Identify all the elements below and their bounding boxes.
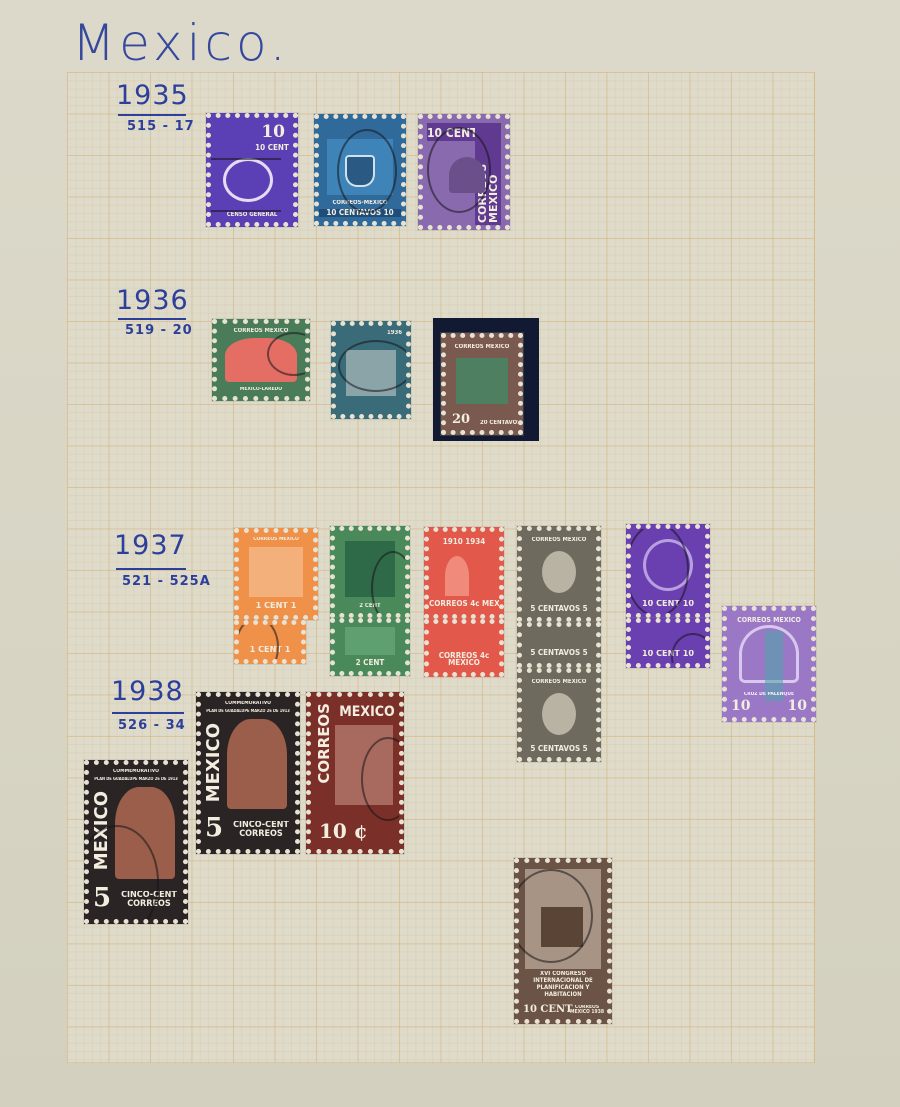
- year-underline: [118, 318, 186, 320]
- stamp-1937-2c-upper[interactable]: 2 CENT: [330, 526, 410, 618]
- stamp-1935-portrait[interactable]: 10 CENT CORREOS MEXICO: [418, 114, 510, 230]
- stamp-1937-4c-upper[interactable]: 1910 1934 CORREOS 4c MEXICO: [424, 527, 504, 619]
- stamp-1937-overprint[interactable]: CORREOS MEXICO CRUZ DE PALENQUE 10 10: [722, 606, 816, 722]
- catalog-range-1937: 521 - 525A: [122, 574, 211, 589]
- stamp-1936-bridge[interactable]: 1936: [331, 321, 411, 419]
- year-label-1936: 1936: [116, 285, 189, 316]
- stamp-1937-1c-lower[interactable]: 1 CENT 1: [234, 620, 306, 664]
- stamp-1937-10c-upper[interactable]: 10 CENT 10: [626, 524, 710, 618]
- year-underline: [112, 712, 184, 714]
- year-label-1937: 1937: [114, 530, 187, 561]
- stamp-1937-2c-lower[interactable]: 2 CENT: [330, 618, 410, 676]
- stamp-1938-anvil-used[interactable]: COMMEMORATIVO PLAN DE GUADALUPE MARZO 26…: [84, 760, 188, 924]
- stamp-1935-censo[interactable]: 10 10 CENT CENSO GENERAL: [206, 113, 298, 227]
- stamp-1937-1c-upper[interactable]: CORREOS MEXICO 1 CENT 1: [234, 528, 318, 620]
- year-label-1935: 1935: [116, 80, 189, 111]
- year-underline: [116, 568, 186, 570]
- stamp-1938-congress[interactable]: XVI CONGRESO INTERNACIONAL DE PLANIFICAC…: [514, 858, 612, 1024]
- stamp-1936-highway[interactable]: CORREOS MEXICO MEXICO-LAREDO: [212, 319, 310, 401]
- stamp-1937-5c-middle[interactable]: 5 CENTAVOS 5: [517, 622, 601, 668]
- stamp-1938-anvil-mint[interactable]: COMMEMORATIVO PLAN DE GUADALUPE MARZO 26…: [196, 692, 300, 854]
- stamp-1938-farmer[interactable]: MEXICO CORREOS 10 ¢: [306, 692, 404, 854]
- album-page: Mexico. 1935 515 - 17 10 10 CENT CENSO G…: [0, 0, 900, 1107]
- stamp-1937-10c-lower[interactable]: 10 CENT 10: [626, 618, 710, 668]
- year-label-1938: 1938: [111, 676, 184, 707]
- year-underline: [118, 114, 186, 116]
- catalog-range-1938: 526 - 34: [118, 718, 186, 733]
- stamp-1937-5c-lower[interactable]: CORREOS MEXICO 5 CENTAVOS 5: [517, 668, 601, 762]
- country-title: Mexico.: [72, 14, 290, 72]
- stamp-1937-5c-upper[interactable]: CORREOS MEXICO 5 CENTAVOS 5: [517, 526, 601, 622]
- stamp-1936-mint[interactable]: CORREOS MEXICO 20 20 CENTAVOS: [441, 333, 523, 435]
- stamp-1935-shield[interactable]: CORREOS-MEXICO 10 CENTAVOS 10: [314, 114, 406, 226]
- catalog-range-1935: 515 - 17: [127, 119, 195, 134]
- stamp-1937-4c-lower[interactable]: CORREOS 4c MEXICO: [424, 619, 504, 677]
- catalog-range-1936: 519 - 20: [125, 323, 193, 338]
